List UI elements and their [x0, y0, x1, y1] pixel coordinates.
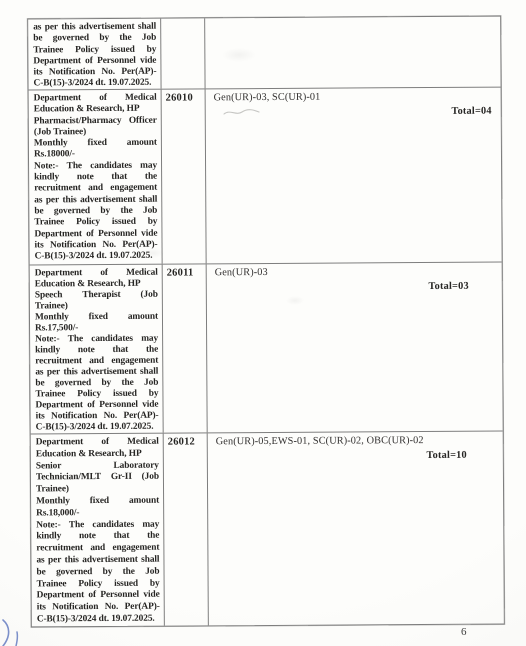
description-line: DepartmentofMedical [34, 93, 157, 105]
description-line: Note:-Thecandidatesmay [35, 334, 158, 346]
description-cell: asperthisadvertisementshallbegovernedbyt… [28, 19, 161, 90]
post-code-cell: 26012 [164, 433, 209, 625]
description-line: asperthisadvertisementshall [33, 22, 156, 34]
description-cell: DepartmentofMedicalEducation & Research,… [31, 434, 165, 627]
description-line: itsNotificationNo.Per(AP)- [36, 411, 159, 423]
description-line: Monthlyfixedamount [35, 312, 158, 324]
description-cell: DepartmentofMedicalEducation & Research,… [29, 90, 163, 265]
post-code-cell [161, 18, 205, 88]
description-cell: DepartmentofMedicalEducation & Research,… [30, 265, 164, 434]
description-line: TraineePolicyissuedby [34, 217, 157, 229]
description-line: kindlynotethatthe [36, 531, 159, 544]
total-count: Total=04 [214, 106, 501, 119]
category-breakup: Gen(UR)-03, SC(UR)-01 [214, 91, 501, 104]
description-line: C-B(15)-3/2024 dt. 19.07.2025. [35, 251, 158, 263]
description-line: recruitmentandengagement [36, 543, 159, 556]
description-line: Rs.18000/- [34, 149, 157, 161]
description-line: Trainee) [35, 301, 158, 313]
total-count [213, 24, 500, 26]
description-line: DepartmentofMedical [36, 437, 159, 450]
category-breakup: Gen(UR)-03 [215, 266, 502, 279]
description-line: kindlynotethatthe [34, 172, 157, 184]
table-row: asperthisadvertisementshallbegovernedbyt… [28, 17, 500, 90]
advert-table: asperthisadvertisementshallbegovernedbyt… [27, 16, 505, 628]
description-line: Monthlyfixedamount [34, 138, 157, 150]
description-line: TraineePolicyissuedby [37, 578, 160, 591]
description-line: itsNotificationNo.Per(AP)- [34, 240, 157, 252]
description-line: C-B(15)-3/2024 dt. 19.07.2025. [34, 78, 157, 90]
table-scan-area: asperthisadvertisementshallbegovernedbyt… [27, 16, 505, 628]
description-line: recruitmentandengagement [35, 356, 158, 368]
table-row: DepartmentofMedicalEducation & Research,… [31, 431, 504, 627]
description-line: begovernedbytheJob [35, 378, 158, 390]
post-code-cell: 26010 [162, 89, 207, 263]
description-line: Rs.17,500/- [35, 323, 158, 335]
post-code-cell: 26011 [163, 264, 208, 432]
description-line: begovernedbytheJob [34, 206, 157, 218]
description-line: begovernedbytheJob [36, 566, 159, 579]
total-count: Total=10 [216, 450, 503, 463]
category-breakup [213, 20, 500, 22]
description-line: Education & Research, HP [35, 279, 158, 291]
description-line: DepartmentofPersonnelvide [37, 590, 160, 603]
description-line: SeniorLaboratory [36, 460, 159, 473]
description-line: Monthlyfixedamount [36, 496, 159, 509]
description-line: Note:-Thecandidatesmay [34, 160, 157, 172]
description-line: SpeechTherapist(Job [35, 290, 158, 302]
categories-cell: Gen(UR)-03Total=03 [207, 263, 503, 433]
description-line: C-B(15)-3/2024 dt. 19.07.2025. [36, 422, 159, 434]
categories-cell [205, 17, 500, 89]
description-line: DepartmentofPersonnelvide [34, 228, 157, 240]
description-line: recruitmentandengagement [34, 183, 157, 195]
description-line: itsNotificationNo.Per(AP)- [37, 602, 160, 615]
page-number: 6 [461, 626, 467, 638]
description-line: (Job Trainee) [34, 127, 157, 139]
description-line: asperthisadvertisementshall [35, 367, 158, 379]
table-row: DepartmentofMedicalEducation & Research,… [29, 87, 502, 265]
description-line: begovernedbytheJob [33, 33, 156, 45]
post-code: 26012 [168, 436, 205, 447]
category-breakup: Gen(UR)-05,EWS-01, SC(UR)-02, OBC(UR)-02 [216, 435, 503, 448]
description-line: kindlynotethatthe [35, 345, 158, 357]
description-line: DepartmentofMedical [35, 268, 158, 280]
description-line: DepartmentofPersonnelvide [35, 400, 158, 412]
description-line: Technician/MLTGr-II(Job [36, 472, 159, 485]
description-line: asperthisadvertisementshall [36, 555, 159, 568]
description-line: Rs.18,000/- [36, 507, 159, 520]
description-line: Education & Research, HP [36, 448, 159, 461]
categories-cell: Gen(UR)-03, SC(UR)-01Total=04 [206, 88, 502, 264]
description-line: TraineePolicyissuedby [35, 389, 158, 401]
description-line: asperthisadvertisementshall [34, 194, 157, 206]
description-line: Note:-Thecandidatesmay [36, 519, 159, 532]
post-code: 26010 [166, 92, 203, 103]
description-line: Education & Research, HP [34, 104, 157, 116]
description-line: Pharmacist/PharmacyOfficer [34, 115, 157, 127]
description-line: TraineePolicyissuedby [33, 44, 156, 56]
categories-cell: Gen(UR)-05,EWS-01, SC(UR)-02, OBC(UR)-02… [208, 432, 504, 626]
description-line: Trainee) [36, 484, 159, 497]
description-line: C-B(15)-3/2024 dt. 19.07.2025. [37, 614, 160, 627]
table-row: DepartmentofMedicalEducation & Research,… [30, 262, 503, 434]
total-count: Total=03 [215, 281, 502, 294]
post-code: 26011 [167, 267, 204, 278]
